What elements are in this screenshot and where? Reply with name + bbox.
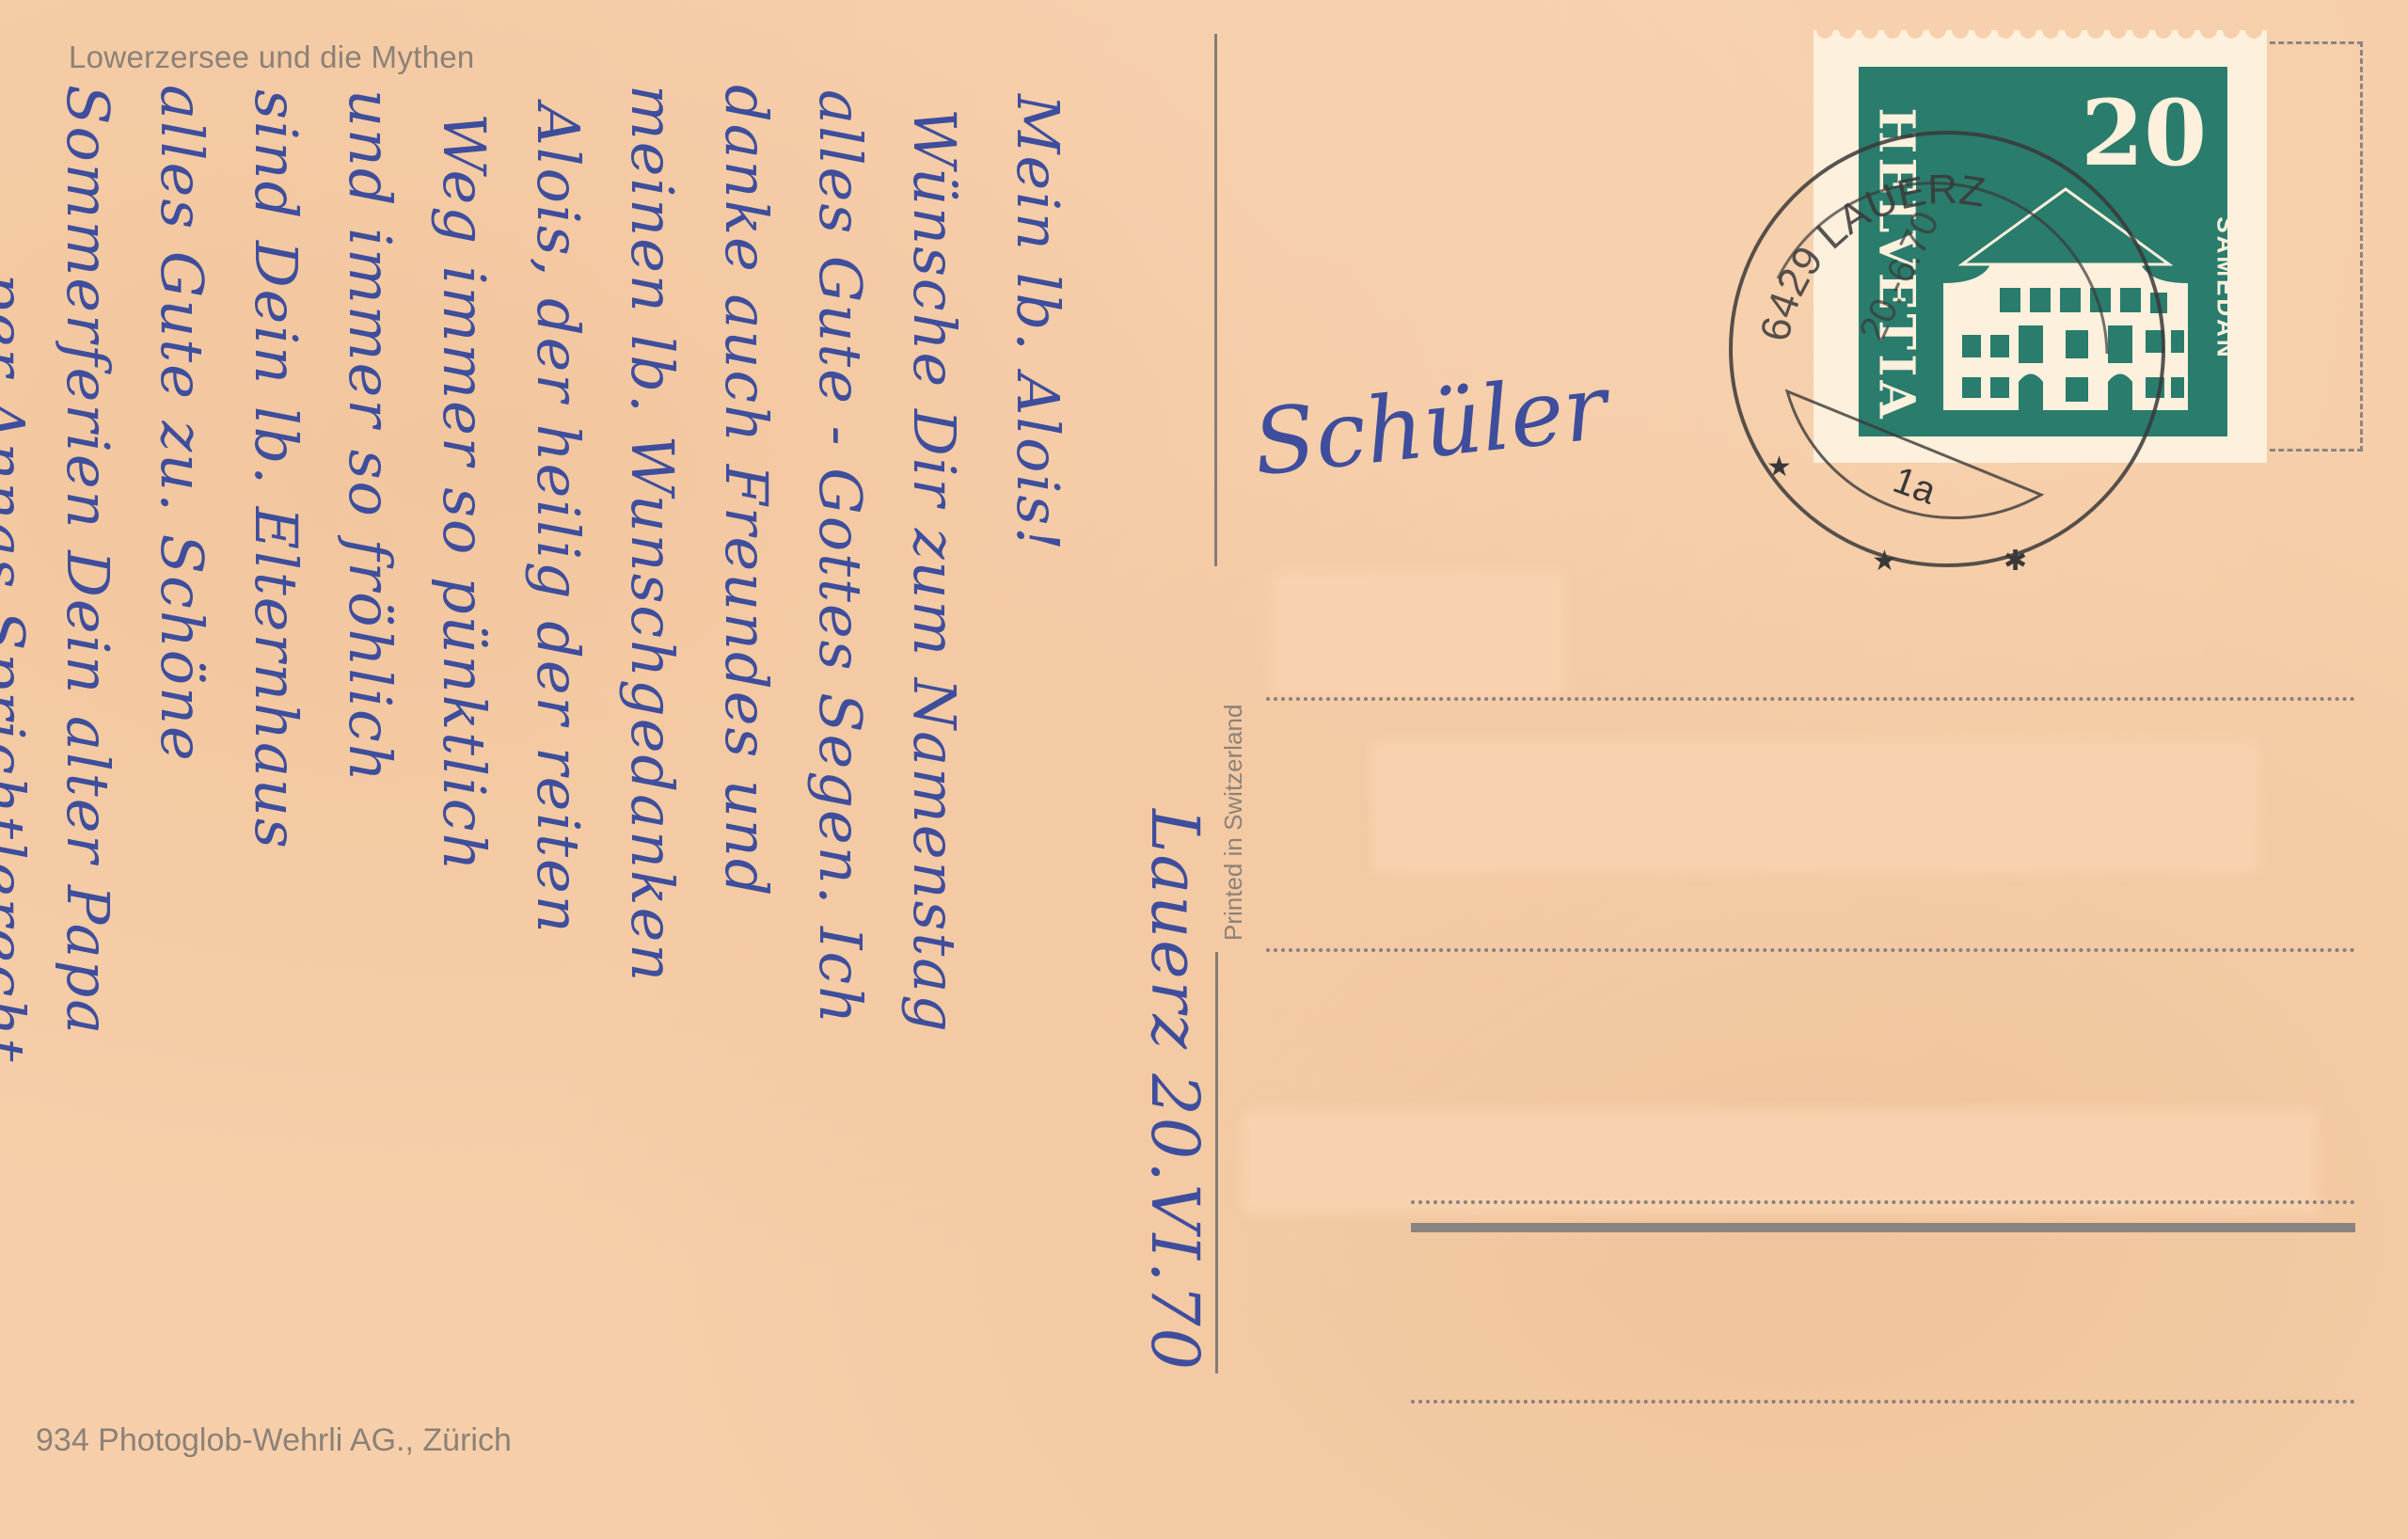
redacted-address <box>1244 1110 2316 1214</box>
message-line: Sommerferien Dein alter Papa <box>54 85 122 1036</box>
message-line: meinen lb. Wunschgedanken <box>618 85 687 983</box>
message-line: Mein lb. Alois! <box>1004 94 1072 552</box>
message-line: alles Gute zu. Schöne <box>148 85 216 763</box>
message-line: danke auch Freundes und <box>712 85 781 897</box>
svg-text:★: ★ <box>1872 546 1897 577</box>
svg-text:✱: ✱ <box>2004 546 2027 577</box>
sender-signature: Schüler <box>1248 355 1611 497</box>
redacted-address <box>1373 741 2257 873</box>
message-line: Alois, der heilig der reiten <box>524 103 593 935</box>
postmark-suffix: 1a <box>1888 459 1942 513</box>
address-line <box>1266 697 2355 701</box>
message-line: sind Dein lb. Elternhaus <box>242 89 310 850</box>
address-line <box>1411 1400 2355 1404</box>
divider-line <box>1214 34 1217 566</box>
message-line: Wünsche Dir zum Namenstag <box>900 108 969 1034</box>
address-line <box>1266 948 2355 952</box>
address-line <box>1411 1200 2355 1204</box>
divider-line <box>1215 952 1218 1373</box>
caption-text: Lowerzersee und die Mythen <box>69 40 475 75</box>
address-underline <box>1411 1223 2355 1232</box>
redacted-address <box>1272 572 1563 696</box>
message-line: per Annas Sprichtlerecht <box>0 273 38 1063</box>
message-line: alles Gute - Gottes Segen. Ich <box>806 89 875 1025</box>
postmark: 6429 LAUERZ 20.-6.70 1a ★ ★ ✱ <box>1703 119 2192 608</box>
message-line: Weg immer so pünktlich <box>430 113 499 872</box>
message-line: und immer so fröhlich <box>336 89 404 784</box>
stamp-place: SAMEDAN <box>2211 185 2241 392</box>
publisher-text: 934 Photoglob-Wehrli AG., Zürich <box>36 1422 512 1459</box>
place-date: Lauerz 20.VI.70 <box>1136 809 1213 1372</box>
svg-text:★: ★ <box>1766 452 1792 483</box>
printed-in-text: Printed in Switzerland <box>1219 705 1248 941</box>
